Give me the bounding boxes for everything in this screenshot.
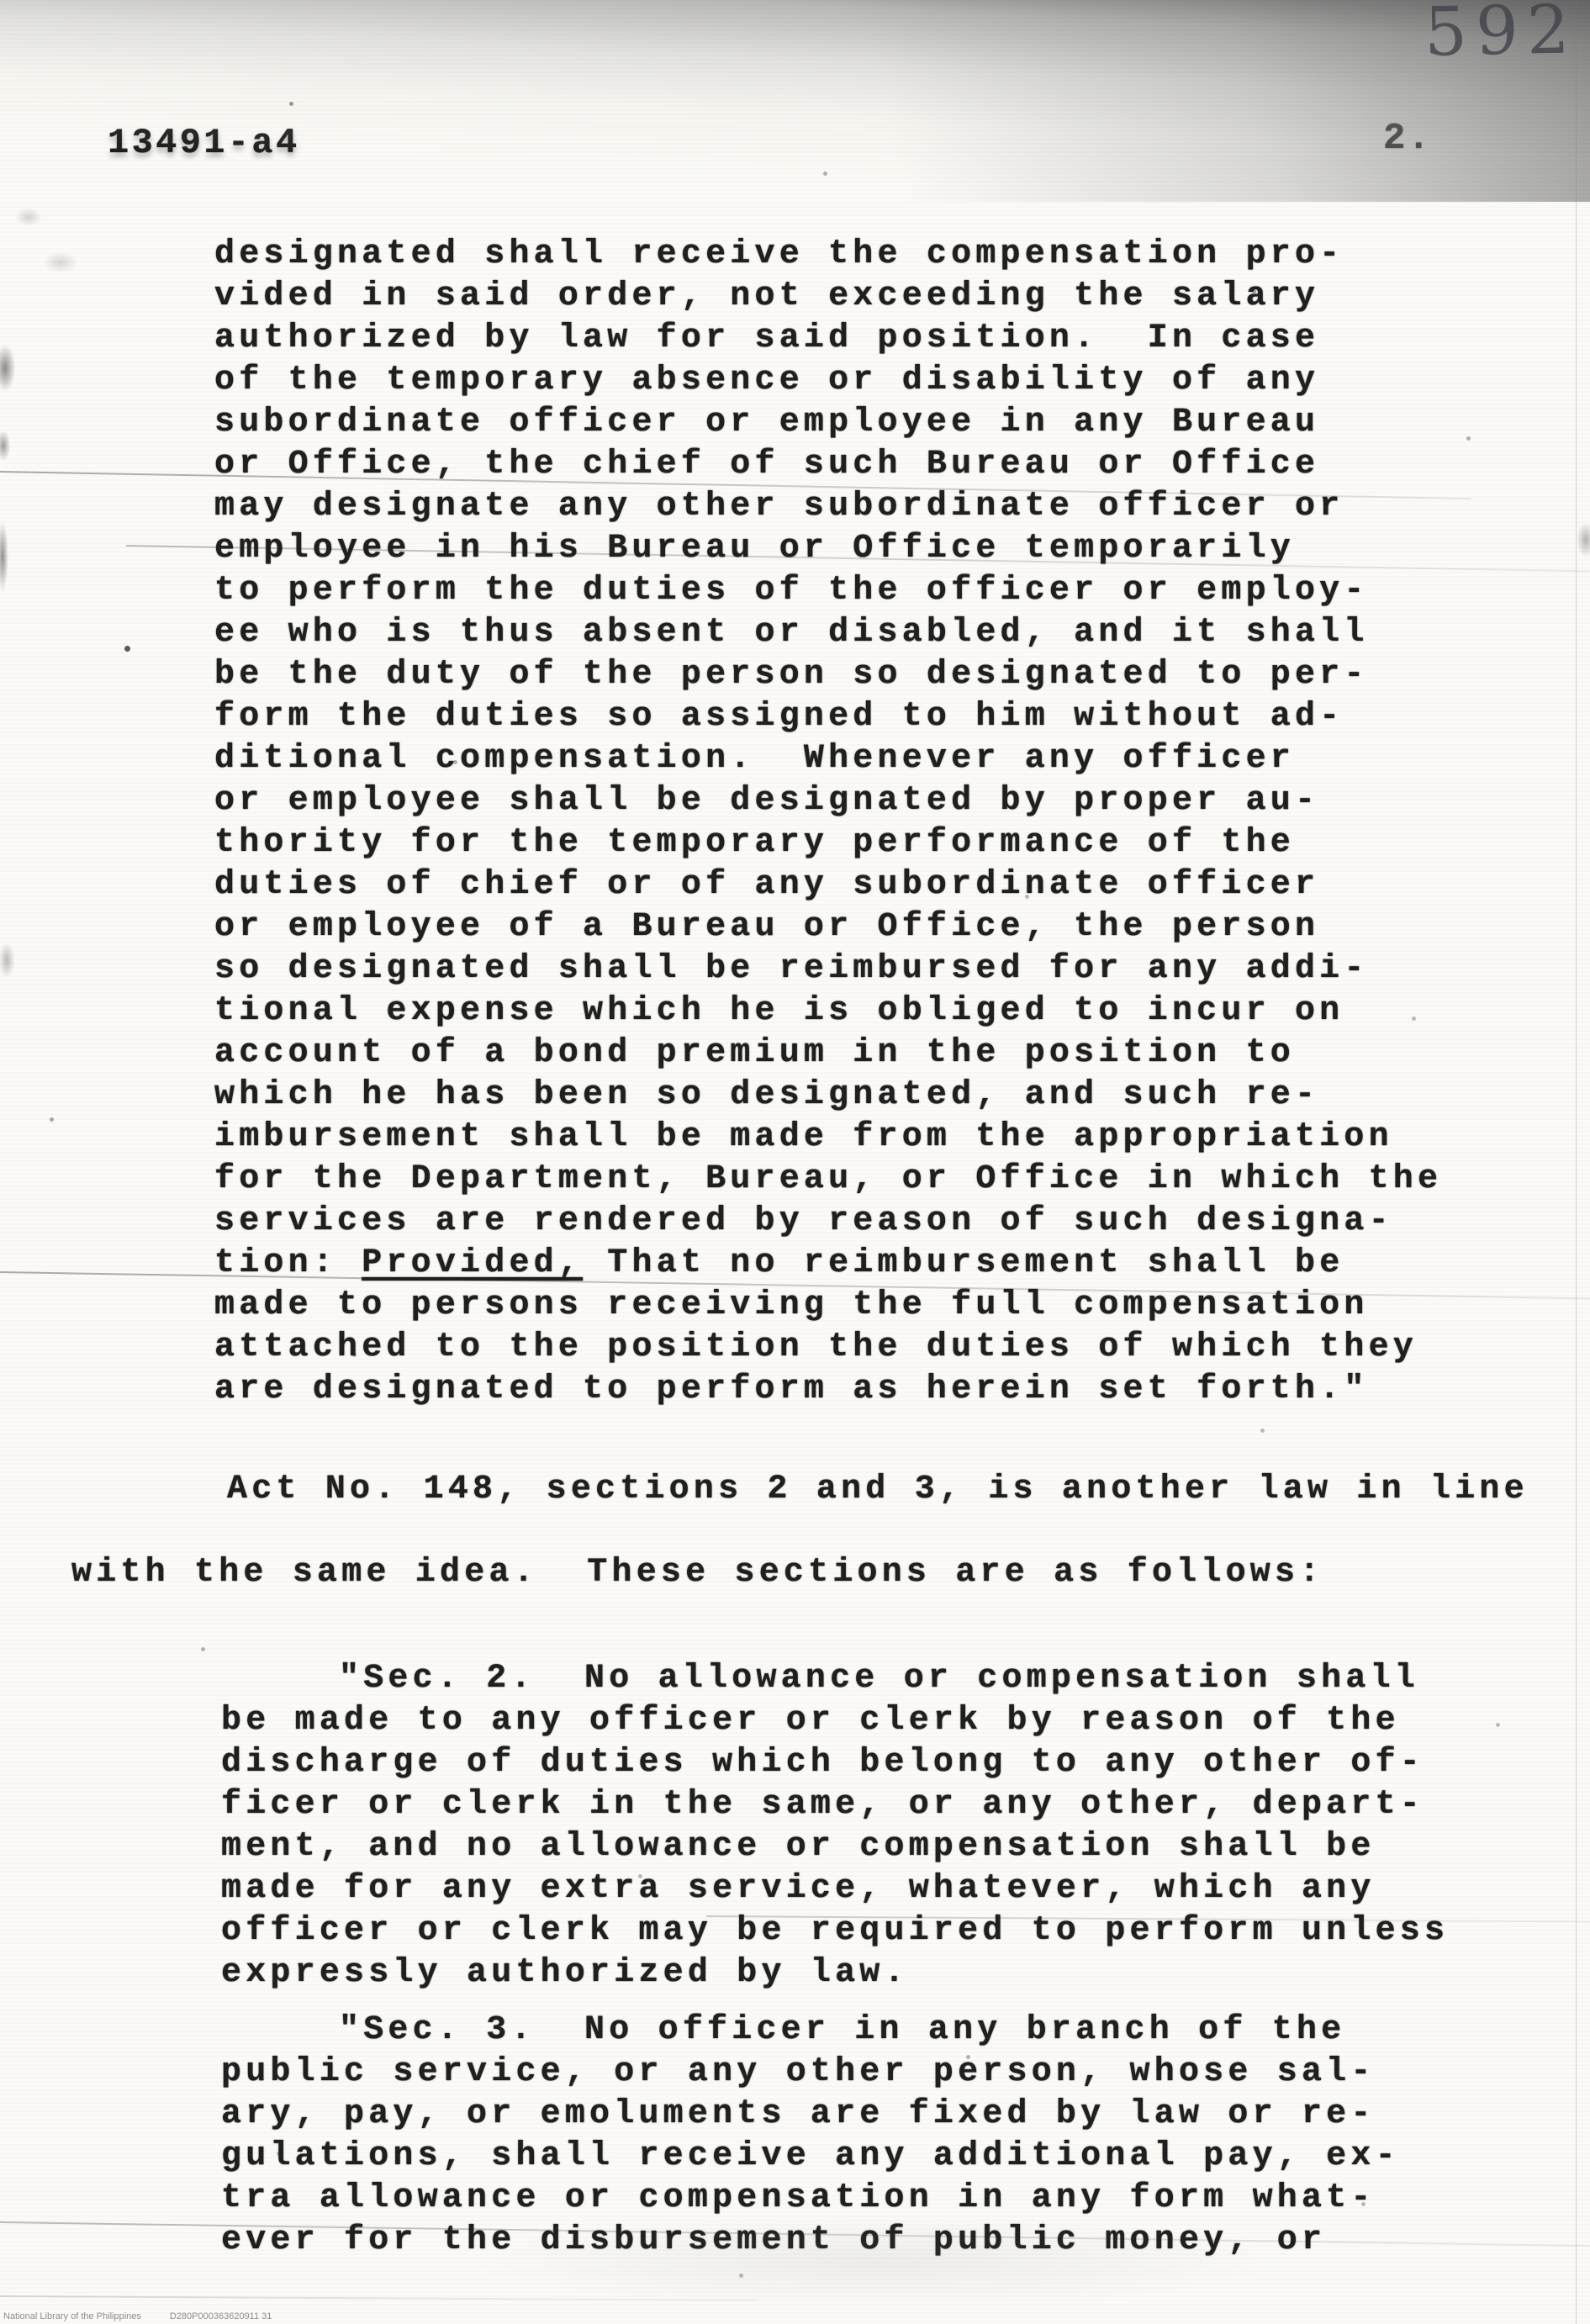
typewritten-line: or employee shall be designated by prope…	[214, 780, 1442, 822]
typewritten-line: thority for the temporary performance of…	[214, 822, 1442, 864]
typewritten-line: gulations, shall receive any additional …	[221, 2136, 1400, 2178]
typewritten-line: imbursement shall be made from the appro…	[214, 1117, 1442, 1159]
typewritten-line: expressly authorized by law.	[221, 1952, 1449, 1994]
typewritten-line: Act No. 148, sections 2 and 3, is anothe…	[71, 1448, 1529, 1531]
typewritten-line: attached to the position the duties of w…	[214, 1327, 1442, 1369]
typewritten-line: be the duty of the person so designated …	[214, 654, 1442, 696]
typewritten-line: made for any extra service, whatever, wh…	[221, 1868, 1449, 1910]
typewritten-line: "Sec. 3. No officer in any branch of the	[221, 2010, 1400, 2052]
typewritten-line: form the duties so assigned to him witho…	[214, 696, 1442, 738]
scan-edge-line	[1576, 0, 1577, 2324]
typewritten-line: authorized by law for said position. In …	[214, 318, 1442, 360]
page-stamp-number: 592	[1424, 0, 1578, 71]
watermark-text: National Library of the Philippines	[3, 2311, 141, 2321]
typewritten-line: services are rendered by reason of such …	[214, 1201, 1442, 1243]
typewritten-line: made to persons receiving the full compe…	[214, 1285, 1442, 1327]
underlined-text: Provided,	[362, 1244, 583, 1282]
quoted-section-3: "Sec. 3. No officer in any branch of the…	[221, 2010, 1400, 2262]
body-paragraph-act-148: Act No. 148, sections 2 and 3, is anothe…	[71, 1448, 1529, 1614]
typewritten-line: or Office, the chief of such Bureau or O…	[214, 444, 1442, 486]
typewritten-line: may designate any other subordinate offi…	[214, 486, 1442, 528]
typewritten-line: to perform the duties of the officer or …	[214, 570, 1442, 612]
typewritten-line: ficer or clerk in the same, or any other…	[221, 1784, 1449, 1826]
library-watermark: National Library of the Philippines D280…	[3, 2311, 272, 2321]
typewritten-line: tra allowance or compensation in any for…	[221, 2178, 1400, 2220]
typewritten-line: or employee of a Bureau or Office, the p…	[214, 906, 1442, 948]
typewritten-line: ee who is thus absent or disabled, and i…	[214, 612, 1442, 654]
typewritten-line: are designated to perform as herein set …	[214, 1369, 1442, 1411]
typewritten-line: designated shall receive the compensatio…	[214, 234, 1442, 276]
typewritten-line: vided in said order, not exceeding the s…	[214, 276, 1442, 318]
typewritten-line: employee in his Bureau or Office tempora…	[214, 528, 1442, 570]
typewritten-line: discharge of duties which belong to any …	[221, 1742, 1449, 1784]
quoted-law-excerpt: designated shall receive the compensatio…	[214, 234, 1442, 1411]
typewritten-line: so designated shall be reimbursed for an…	[214, 948, 1442, 990]
typewritten-line: subordinate officer or employee in any B…	[214, 402, 1442, 444]
typewritten-line: be made to any officer or clerk by reaso…	[221, 1700, 1449, 1742]
typewritten-line: of the temporary absence or disability o…	[214, 360, 1442, 402]
typewritten-line: tion: Provided, That no reimbursement sh…	[214, 1243, 1442, 1285]
typewritten-line: public service, or any other person, who…	[221, 2052, 1400, 2094]
quoted-section-2: "Sec. 2. No allowance or compensation sh…	[221, 1658, 1449, 1994]
typewritten-line: ever for the disbursement of public mone…	[221, 2220, 1400, 2262]
typewritten-line: ary, pay, or emoluments are fixed by law…	[221, 2094, 1400, 2136]
watermark-code: D280P000363620911 31	[170, 2311, 272, 2321]
typewritten-line: tional expense which he is obliged to in…	[214, 990, 1442, 1033]
typewritten-line: duties of chief or of any subordinate of…	[214, 864, 1442, 906]
typewritten-line: which he has been so designated, and suc…	[214, 1075, 1442, 1117]
typewritten-line: "Sec. 2. No allowance or compensation sh…	[221, 1658, 1449, 1700]
typewritten-line: ditional compensation. Whenever any offi…	[214, 738, 1442, 780]
scanned-document-page: 592 13491-a4 2. designated shall receive…	[0, 0, 1590, 2324]
scan-shadow-top	[0, 0, 1590, 202]
typewritten-line: with the same idea. These sections are a…	[71, 1531, 1529, 1614]
typewritten-line: ment, and no allowance or compensation s…	[221, 1826, 1449, 1868]
scan-crease-line	[0, 2295, 757, 2301]
typewritten-line: officer or clerk may be required to perf…	[221, 1910, 1449, 1952]
scan-dust-specks	[0, 0, 3, 3]
typewritten-line: account of a bond premium in the positio…	[214, 1033, 1442, 1075]
typewritten-line: for the Department, Bureau, or Office in…	[214, 1159, 1442, 1201]
